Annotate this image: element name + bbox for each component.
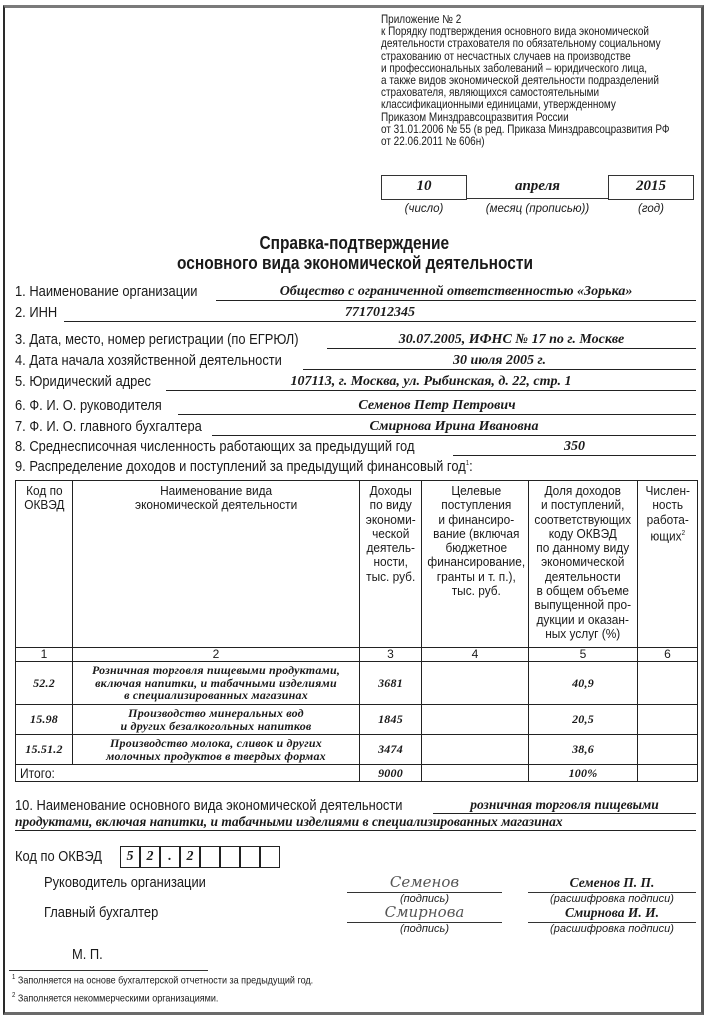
field-label-1: 1. Наименование организации xyxy=(15,283,198,300)
employees-cell[interactable] xyxy=(638,705,698,735)
director-name: Семенов П. П. xyxy=(570,875,655,890)
income-cell[interactable]: 3474 xyxy=(360,735,422,765)
field-input-5[interactable]: 107113, г. Москва, ул. Рыбинская, д. 22,… xyxy=(166,373,696,391)
table-row: 15.98Производство минеральных води други… xyxy=(16,705,698,735)
okved-code-box[interactable] xyxy=(240,846,260,868)
footnote-2: 2 Заполняется некоммерческими организаци… xyxy=(12,992,218,1005)
column-number: 3 xyxy=(360,648,422,662)
okved-code-box[interactable]: 2 xyxy=(180,846,200,868)
date-month-field[interactable]: апреля xyxy=(467,176,608,199)
column-header-5: Доля доходови поступлений,соответствующи… xyxy=(529,481,638,648)
total-income[interactable]: 9000 xyxy=(360,765,422,782)
field-input-4[interactable]: 30 июля 2005 г. xyxy=(303,352,696,370)
field-value-1: Общество с ограниченной ответственностью… xyxy=(216,283,696,300)
field-label-8: 8. Среднесписочная численность работающи… xyxy=(15,438,414,455)
okved-code-box[interactable]: . xyxy=(160,846,180,868)
director-signature: Семенов xyxy=(390,873,459,891)
date-year-caption: (год) xyxy=(608,203,694,215)
date-month: апреля xyxy=(515,178,560,194)
okved-code-cell[interactable]: 15.51.2 xyxy=(16,735,73,765)
targeted-funding-cell[interactable] xyxy=(422,662,529,705)
share-cell[interactable]: 38,6 xyxy=(529,735,638,765)
accountant-name: Смирнова И. И. xyxy=(565,905,659,920)
section10-value-line2: продуктами, включая напитки, и табачными… xyxy=(15,813,696,830)
section10-value-line2-field[interactable]: продуктами, включая напитки, и табачными… xyxy=(15,813,696,831)
column-number: 4 xyxy=(422,648,529,662)
column-header-3: Доходыпо видуэкономи-ческойдеятель-ности… xyxy=(360,481,422,648)
column-header-2: Наименование видаэкономической деятельно… xyxy=(73,481,360,648)
field-value-3: 30.07.2005, ИФНС № 17 по г. Москве xyxy=(327,331,696,348)
activity-name-cell[interactable]: Розничная торговля пищевыми продуктами,в… xyxy=(73,662,360,705)
header-footnote-mark: 2 xyxy=(681,530,685,537)
column-header-6: Числен-ностьработа-ющих2 xyxy=(638,481,698,648)
okved-code-cell[interactable]: 52.2 xyxy=(16,662,73,705)
accountant-label: Главный бухгалтер xyxy=(44,904,158,921)
okved-code-box[interactable] xyxy=(200,846,220,868)
director-name-field[interactable]: Семенов П. П. xyxy=(528,874,696,893)
table-row: 52.2Розничная торговля пищевыми продукта… xyxy=(16,662,698,705)
column-number: 5 xyxy=(529,648,638,662)
field-value-6: Семенов Петр Петрович xyxy=(178,397,696,414)
okved-code-label: Код по ОКВЭД xyxy=(15,848,102,865)
accountant-signature-caption: (подпись) xyxy=(347,923,502,935)
column-number: 6 xyxy=(638,648,698,662)
employees-cell[interactable] xyxy=(638,735,698,765)
table-total-row: Итого: 9000 100% xyxy=(16,765,698,782)
okved-code-box[interactable] xyxy=(220,846,240,868)
section10-label: 10. Наименование основного вида экономич… xyxy=(15,797,402,814)
field-input-1[interactable]: Общество с ограниченной ответственностью… xyxy=(216,283,696,301)
activity-name-cell[interactable]: Производство минеральных води других без… xyxy=(73,705,360,735)
column-number: 1 xyxy=(16,648,73,662)
director-signature-field[interactable]: Семенов xyxy=(347,872,502,893)
accountant-name-caption: (расшифровка подписи) xyxy=(528,923,696,935)
accountant-signature: Смирнова xyxy=(385,903,465,921)
share-cell[interactable]: 20,5 xyxy=(529,705,638,735)
director-label: Руководитель организации xyxy=(44,874,206,891)
okved-code-box[interactable]: 2 xyxy=(140,846,160,868)
field-value-2: 7717012345 xyxy=(64,304,696,321)
section10-value-line1-field[interactable]: розничная торговля пищевыми xyxy=(433,796,696,814)
field-input-3[interactable]: 30.07.2005, ИФНС № 17 по г. Москве xyxy=(327,331,696,349)
table-row: 15.51.2Производство молока, сливок и дру… xyxy=(16,735,698,765)
field-label-5: 5. Юридический адрес xyxy=(15,373,151,390)
date-day-box[interactable]: 10 xyxy=(381,175,467,200)
document-title-line2: основного вида экономической деятельност… xyxy=(0,252,709,274)
total-share[interactable]: 100% xyxy=(529,765,638,782)
table-column-numbers-row: 123456 xyxy=(16,648,698,662)
accountant-name-field[interactable]: Смирнова И. И. xyxy=(528,904,696,923)
table-header-row: Код поОКВЭДНаименование видаэкономическо… xyxy=(16,481,698,648)
section10-value-line1: розничная торговля пищевыми xyxy=(433,796,696,813)
field-input-6[interactable]: Семенов Петр Петрович xyxy=(178,397,696,415)
date-year-box[interactable]: 2015 xyxy=(608,175,694,200)
total-targeted[interactable] xyxy=(422,765,529,782)
date-day-caption: (число) xyxy=(381,203,467,215)
targeted-funding-cell[interactable] xyxy=(422,735,529,765)
field-input-8[interactable]: 350 xyxy=(453,438,696,456)
targeted-funding-cell[interactable] xyxy=(422,705,529,735)
column-number: 2 xyxy=(73,648,360,662)
document-title-line1: Справка-подтверждение xyxy=(0,232,709,254)
income-cell[interactable]: 3681 xyxy=(360,662,422,705)
footnote-1: 1 Заполняется на основе бухгалтерской от… xyxy=(12,974,313,987)
income-distribution-table: Код поОКВЭДНаименование видаэкономическо… xyxy=(15,480,698,782)
field-value-7: Смирнова Ирина Ивановна xyxy=(212,418,696,435)
field-label-7: 7. Ф. И. О. главного бухгалтера xyxy=(15,418,202,435)
field-input-2[interactable]: 7717012345 xyxy=(64,304,696,322)
total-employees[interactable] xyxy=(638,765,698,782)
appendix-line: от 22.06.2011 № 606н) xyxy=(381,136,669,148)
field-label-3: 3. Дата, место, номер регистрации (по ЕГ… xyxy=(15,331,299,348)
column-header-4: Целевыепоступленияи финансиро-вание (вкл… xyxy=(422,481,529,648)
okved-code-box[interactable]: 5 xyxy=(120,846,140,868)
field-label-2: 2. ИНН xyxy=(15,304,57,321)
date-month-caption: (месяц (прописью)) xyxy=(467,203,608,215)
field-label-6: 6. Ф. И. О. руководителя xyxy=(15,397,162,414)
total-label: Итого: xyxy=(16,765,360,782)
accountant-signature-field[interactable]: Смирнова xyxy=(347,902,502,923)
section9-label: 9. Распределение доходов и поступлений з… xyxy=(15,458,473,475)
field-input-7[interactable]: Смирнова Ирина Ивановна xyxy=(212,418,696,436)
okved-code-cell[interactable]: 15.98 xyxy=(16,705,73,735)
field-value-5: 107113, г. Москва, ул. Рыбинская, д. 22,… xyxy=(166,373,696,390)
share-cell[interactable]: 40,9 xyxy=(529,662,638,705)
date-year: 2015 xyxy=(636,178,666,194)
okved-code-box[interactable] xyxy=(260,846,280,868)
field-value-4: 30 июля 2005 г. xyxy=(303,352,696,369)
footnote-divider xyxy=(9,970,208,971)
appendix-note: Приложение № 2к Порядку подтверждения ос… xyxy=(381,14,709,148)
field-label-4: 4. Дата начала хозяйственной деятельност… xyxy=(15,352,282,369)
activity-name-cell[interactable]: Производство молока, сливок и другихмоло… xyxy=(73,735,360,765)
income-cell[interactable]: 1845 xyxy=(360,705,422,735)
stamp-place: М. П. xyxy=(72,946,103,963)
employees-cell[interactable] xyxy=(638,662,698,705)
field-value-8: 350 xyxy=(453,438,696,455)
date-day: 10 xyxy=(417,178,432,194)
column-header-1: Код поОКВЭД xyxy=(16,481,73,648)
